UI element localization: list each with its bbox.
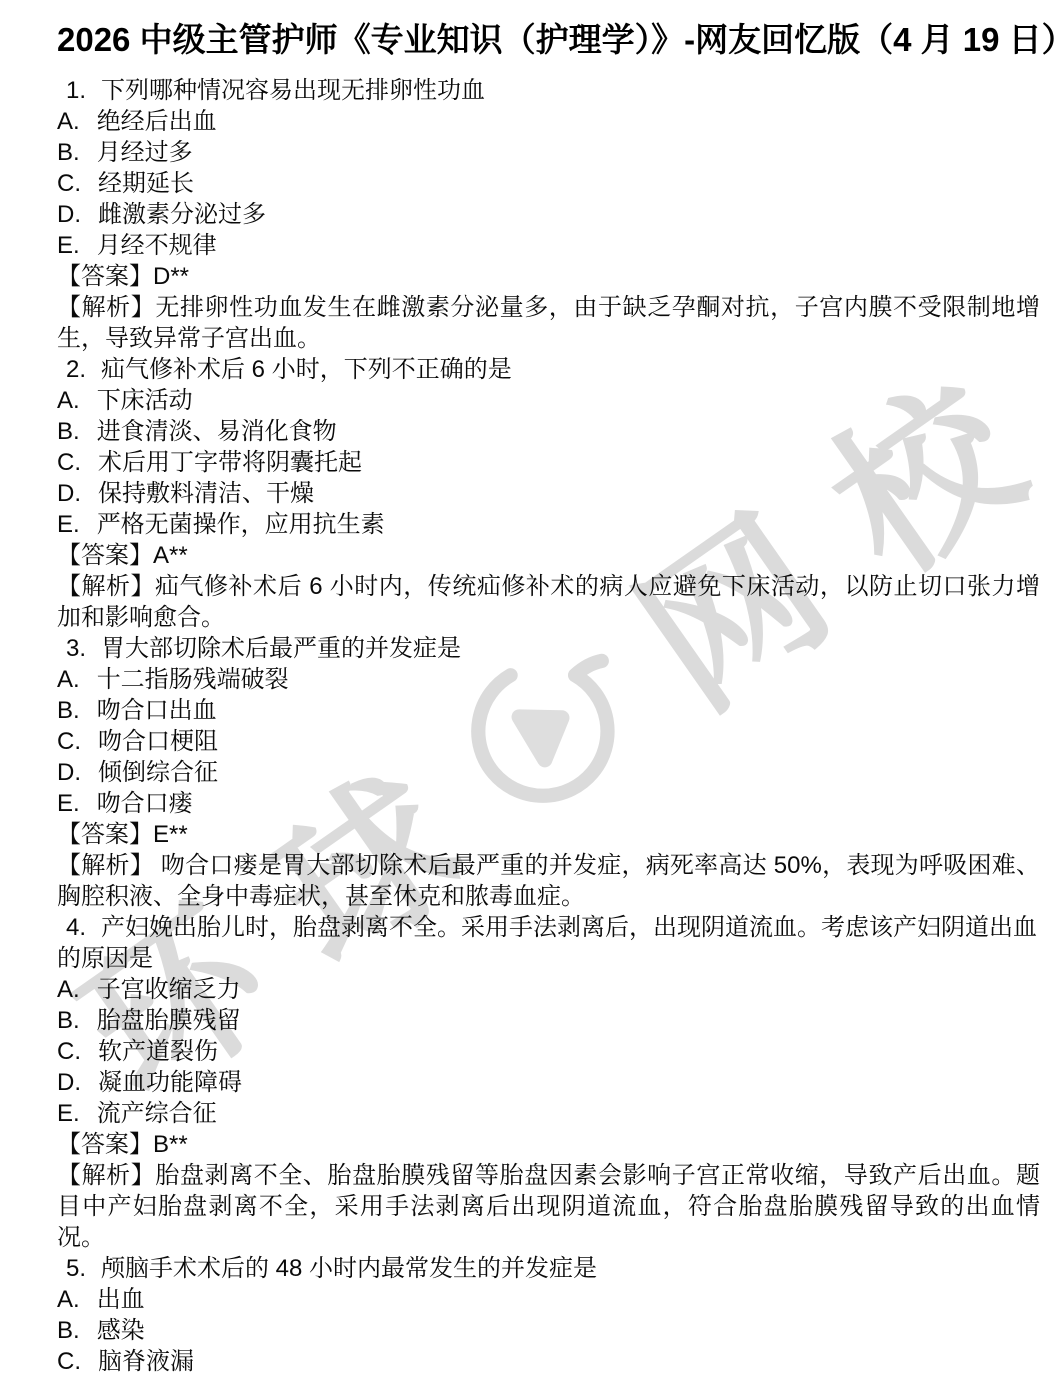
question-number: 5. — [66, 1255, 86, 1282]
question-number: 1. — [66, 77, 86, 104]
question-stem-text: 产妇娩出胎儿时，胎盘剥离不全。采用手法剥离后，出现阴道流血。考虑该产妇阴道出血的… — [57, 914, 1037, 972]
option-row: C.脑脊液漏 — [57, 1346, 1040, 1377]
option-text: 吻合口梗阻 — [98, 728, 218, 755]
option-text: 感染 — [97, 1317, 145, 1344]
question-list: 1.下列哪种情况容易出现无排卵性功血A.绝经后出血B.月经过多C.经期延长D.雌… — [57, 75, 1040, 1377]
option-row: E.吻合口瘘 — [57, 788, 1040, 819]
analysis-paragraph: 【解析】 吻合口瘘是胃大部切除术后最严重的并发症，病死率高达 50%，表现为呼吸… — [57, 850, 1040, 912]
analysis-label: 【解析】 — [57, 294, 155, 321]
option-letter: C. — [57, 728, 81, 755]
analysis-paragraph: 【解析】无排卵性功血发生在雌激素分泌量多，由于缺乏孕酮对抗，子宫内膜不受限制地增… — [57, 292, 1040, 354]
option-row: B.感染 — [57, 1315, 1040, 1346]
option-row: E.严格无菌操作，应用抗生素 — [57, 509, 1040, 540]
option-row: B.进食清淡、易消化食物 — [57, 416, 1040, 447]
question-number: 4. — [66, 914, 86, 941]
question-number: 3. — [66, 635, 86, 662]
answer-line: 【答案】E** — [57, 819, 1040, 850]
option-letter: D. — [57, 1069, 81, 1096]
option-text: 脑脊液漏 — [98, 1348, 194, 1375]
option-text: 出血 — [97, 1286, 145, 1313]
option-letter: E. — [57, 232, 80, 259]
analysis-label: 【解析】 — [57, 1162, 155, 1189]
option-row: C.吻合口梗阻 — [57, 726, 1040, 757]
option-row: E.流产综合征 — [57, 1098, 1040, 1129]
option-text: 经期延长 — [98, 170, 194, 197]
answer-value: A** — [153, 542, 188, 569]
analysis-paragraph: 【解析】疝气修补术后 6 小时内，传统疝修补术的病人应避免下床活动，以防止切口张… — [57, 571, 1040, 633]
exam-document-page: 环球 网校 2026 中级主管护师《专业知识（护理学）》-网友回忆版（4 月 1… — [0, 0, 1055, 1388]
option-text: 月经不规律 — [97, 232, 217, 259]
analysis-label: 【解析】 — [57, 573, 155, 600]
option-row: D.倾倒综合征 — [57, 757, 1040, 788]
question-stem: 4.产妇娩出胎儿时，胎盘剥离不全。采用手法剥离后，出现阴道流血。考虑该产妇阴道出… — [57, 912, 1040, 974]
option-text: 流产综合征 — [97, 1100, 217, 1127]
option-row: D.雌激素分泌过多 — [57, 199, 1040, 230]
answer-value: B** — [153, 1131, 188, 1158]
option-text: 进食清淡、易消化食物 — [97, 418, 337, 445]
option-text: 凝血功能障碍 — [98, 1069, 242, 1096]
answer-label: 【答案】 — [57, 542, 153, 569]
option-row: C.经期延长 — [57, 168, 1040, 199]
option-letter: D. — [57, 759, 81, 786]
option-letter: D. — [57, 201, 81, 228]
answer-label: 【答案】 — [57, 1131, 153, 1158]
option-letter: B. — [57, 697, 80, 724]
question-stem: 1.下列哪种情况容易出现无排卵性功血 — [57, 75, 1040, 106]
option-row: E.月经不规律 — [57, 230, 1040, 261]
option-text: 术后用丁字带将阴囊托起 — [98, 449, 362, 476]
option-text: 十二指肠残端破裂 — [97, 666, 289, 693]
option-text: 倾倒综合征 — [98, 759, 218, 786]
analysis-text: 疝气修补术后 6 小时内，传统疝修补术的病人应避免下床活动，以防止切口张力增加和… — [57, 573, 1040, 631]
answer-line: 【答案】A** — [57, 540, 1040, 571]
question-stem-text: 胃大部切除术后最严重的并发症是 — [101, 635, 461, 662]
option-row: C.软产道裂伤 — [57, 1036, 1040, 1067]
answer-value: E** — [153, 821, 188, 848]
question-stem: 3.胃大部切除术后最严重的并发症是 — [57, 633, 1040, 664]
document-title: 2026 中级主管护师《专业知识（护理学）》-网友回忆版（4 月 19 日） — [57, 18, 1040, 62]
option-text: 胎盘胎膜残留 — [97, 1007, 241, 1034]
option-letter: E. — [57, 1100, 80, 1127]
option-letter: A. — [57, 108, 80, 135]
option-text: 严格无菌操作，应用抗生素 — [97, 511, 385, 538]
question-number: 2. — [66, 356, 86, 383]
option-text: 保持敷料清洁、干燥 — [98, 480, 314, 507]
option-letter: C. — [57, 170, 81, 197]
option-row: D.凝血功能障碍 — [57, 1067, 1040, 1098]
option-letter: B. — [57, 139, 80, 166]
option-letter: A. — [57, 666, 80, 693]
option-row: B.胎盘胎膜残留 — [57, 1005, 1040, 1036]
option-row: A.十二指肠残端破裂 — [57, 664, 1040, 695]
option-text: 雌激素分泌过多 — [98, 201, 266, 228]
option-letter: B. — [57, 1007, 80, 1034]
option-letter: D. — [57, 480, 81, 507]
option-text: 绝经后出血 — [97, 108, 217, 135]
option-letter: E. — [57, 511, 80, 538]
answer-value: D** — [153, 263, 189, 290]
document-content: 2026 中级主管护师《专业知识（护理学）》-网友回忆版（4 月 19 日） 1… — [0, 0, 1055, 1377]
option-letter: C. — [57, 1038, 81, 1065]
answer-label: 【答案】 — [57, 263, 153, 290]
option-text: 软产道裂伤 — [98, 1038, 218, 1065]
option-row: A.绝经后出血 — [57, 106, 1040, 137]
option-letter: C. — [57, 1348, 81, 1375]
answer-line: 【答案】B** — [57, 1129, 1040, 1160]
analysis-label: 【解析】 — [57, 852, 154, 879]
option-text: 吻合口出血 — [97, 697, 217, 724]
question-stem: 2.疝气修补术后 6 小时，下列不正确的是 — [57, 354, 1040, 385]
analysis-paragraph: 【解析】胎盘剥离不全、胎盘胎膜残留等胎盘因素会影响子宫正常收缩，导致产后出血。题… — [57, 1160, 1040, 1253]
question-stem-text: 颅脑手术术后的 48 小时内最常发生的并发症是 — [101, 1255, 597, 1282]
option-letter: B. — [57, 1317, 80, 1344]
option-text: 吻合口瘘 — [97, 790, 193, 817]
option-letter: A. — [57, 976, 80, 1003]
option-row: A.下床活动 — [57, 385, 1040, 416]
question-stem-text: 疝气修补术后 6 小时，下列不正确的是 — [101, 356, 512, 383]
option-row: D.保持敷料清洁、干燥 — [57, 478, 1040, 509]
option-letter: A. — [57, 1286, 80, 1313]
option-row: B.吻合口出血 — [57, 695, 1040, 726]
option-row: A.子宫收缩乏力 — [57, 974, 1040, 1005]
option-text: 子宫收缩乏力 — [97, 976, 241, 1003]
option-row: B.月经过多 — [57, 137, 1040, 168]
option-letter: B. — [57, 418, 80, 445]
option-text: 下床活动 — [97, 387, 193, 414]
answer-line: 【答案】D** — [57, 261, 1040, 292]
analysis-text: 无排卵性功血发生在雌激素分泌量多，由于缺乏孕酮对抗，子宫内膜不受限制地增生，导致… — [57, 294, 1040, 352]
option-row: C.术后用丁字带将阴囊托起 — [57, 447, 1040, 478]
analysis-text: 胎盘剥离不全、胎盘胎膜残留等胎盘因素会影响子宫正常收缩，导致产后出血。题目中产妇… — [57, 1162, 1040, 1251]
option-letter: E. — [57, 790, 80, 817]
question-stem: 5.颅脑手术术后的 48 小时内最常发生的并发症是 — [57, 1253, 1040, 1284]
analysis-text: 吻合口瘘是胃大部切除术后最严重的并发症，病死率高达 50%，表现为呼吸困难、胸腔… — [57, 852, 1040, 910]
option-letter: A. — [57, 387, 80, 414]
option-row: A.出血 — [57, 1284, 1040, 1315]
option-letter: C. — [57, 449, 81, 476]
question-stem-text: 下列哪种情况容易出现无排卵性功血 — [101, 77, 485, 104]
option-text: 月经过多 — [97, 139, 193, 166]
answer-label: 【答案】 — [57, 821, 153, 848]
